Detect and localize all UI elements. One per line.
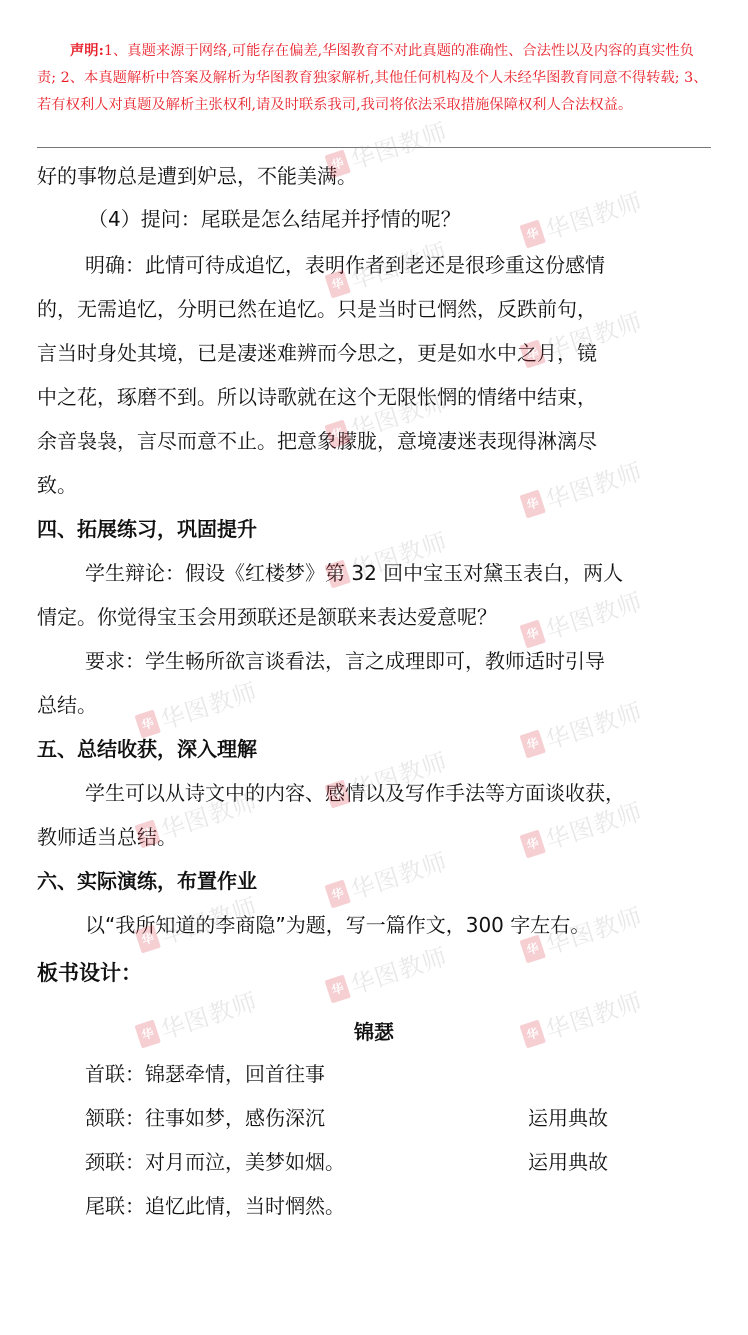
watermark-text: 华图教师: [155, 672, 261, 736]
paragraph-line: 情定。你觉得宝玉会用颈联还是颔联来表达爱意呢？: [37, 604, 497, 630]
section-heading-4: 四、拓展练习，巩固提升: [37, 516, 257, 542]
watermark: 华华图教师: [133, 672, 262, 744]
board-row-left: 颈联：对月而泣，美梦如烟。: [85, 1146, 345, 1175]
watermark-logo-icon: 华: [519, 829, 545, 858]
watermark-text: 华图教师: [345, 842, 451, 906]
watermark: 华华图教师: [518, 182, 647, 254]
watermark-logo-icon: 华: [519, 619, 545, 648]
watermark: 华华图教师: [518, 692, 647, 764]
board-row-left: 颔联：往事如梦，感伤深沉: [85, 1102, 325, 1131]
watermark-text: 华图教师: [540, 182, 646, 246]
paragraph-line: 致。: [37, 472, 77, 498]
watermark: 华华图教师: [323, 842, 452, 914]
watermark-logo-icon: 华: [324, 879, 350, 908]
watermark-logo-icon: 华: [324, 974, 350, 1003]
watermark-logo-icon: 华: [519, 729, 545, 758]
watermark: 华华图教师: [518, 582, 647, 654]
watermark: 华华图教师: [323, 937, 452, 1009]
paragraph-line: 以“我所知道的李商隐”为题，写一篇作文，300 字左右。: [85, 912, 590, 938]
watermark-text: 华图教师: [540, 452, 646, 516]
board-design-heading: 板书设计：: [37, 960, 142, 986]
section-heading-5: 五、总结收获，深入理解: [37, 736, 257, 762]
board-row-left: 首联：锦瑟牵情，回首往事: [85, 1058, 325, 1087]
watermark-text: 华图教师: [540, 692, 646, 756]
header-divider: [37, 147, 711, 148]
disclaimer-label: 声明:: [70, 43, 104, 59]
paragraph-line: 学生可以从诗文中的内容、感情以及写作手法等方面谈收获，: [85, 780, 625, 806]
paragraph-line: 中之花，琢磨不到。所以诗歌就在这个无限怅惘的情绪中结束，: [37, 384, 597, 410]
paragraph-line: 教师适当总结。: [37, 824, 177, 850]
paragraph-line: 总结。: [37, 692, 97, 718]
section-heading-6: 六、实际演练，布置作业: [37, 868, 257, 894]
watermark-text: 华图教师: [345, 112, 451, 176]
paragraph-line: 的，无需追忆，分明已然在追忆。只是当时已惘然，反跌前句，: [37, 296, 597, 322]
watermark-logo-icon: 华: [519, 934, 545, 963]
disclaimer-text: 1、真题来源于网络,可能存在偏差,华图教育不对此真题的准确性、合法性以及内容的真…: [37, 43, 708, 113]
board-row-right: 运用典故: [528, 1102, 608, 1131]
watermark-logo-icon: 华: [519, 219, 545, 248]
question-4: （4）提问：尾联是怎么结尾并抒情的呢？: [88, 206, 461, 232]
paragraph-line: 明确：此情可待成追忆，表明作者到老还是很珍重这份感情: [85, 252, 605, 278]
disclaimer: 声明:1、真题来源于网络,可能存在偏差,华图教育不对此真题的准确性、合法性以及内…: [37, 38, 711, 119]
paragraph-line: 言当时身处其境，已是凄迷难辨而今思之，更是如水中之月，镜: [37, 340, 597, 366]
watermark: 华华图教师: [518, 452, 647, 524]
paragraph-line: 要求：学生畅所欲言谈看法，言之成理即可，教师适时引导: [85, 648, 605, 674]
watermark-text: 华图教师: [540, 582, 646, 646]
watermark-text: 华图教师: [345, 937, 451, 1001]
watermark-logo-icon: 华: [519, 489, 545, 518]
board-title: 锦瑟: [0, 1016, 748, 1045]
watermark-logo-icon: 华: [134, 709, 160, 738]
paragraph-line: 学生辩论：假设《红楼梦》第 32 回中宝玉对黛玉表白，两人: [85, 560, 623, 586]
board-row-left: 尾联：追忆此情，当时惘然。: [85, 1190, 345, 1219]
paragraph-line: 余音袅袅，言尽而意不止。把意象朦胧，意境凄迷表现得淋漓尽: [37, 428, 597, 454]
board-row-right: 运用典故: [528, 1146, 608, 1175]
paragraph-line: 好的事物总是遭到妒忌，不能美满。: [37, 163, 357, 189]
